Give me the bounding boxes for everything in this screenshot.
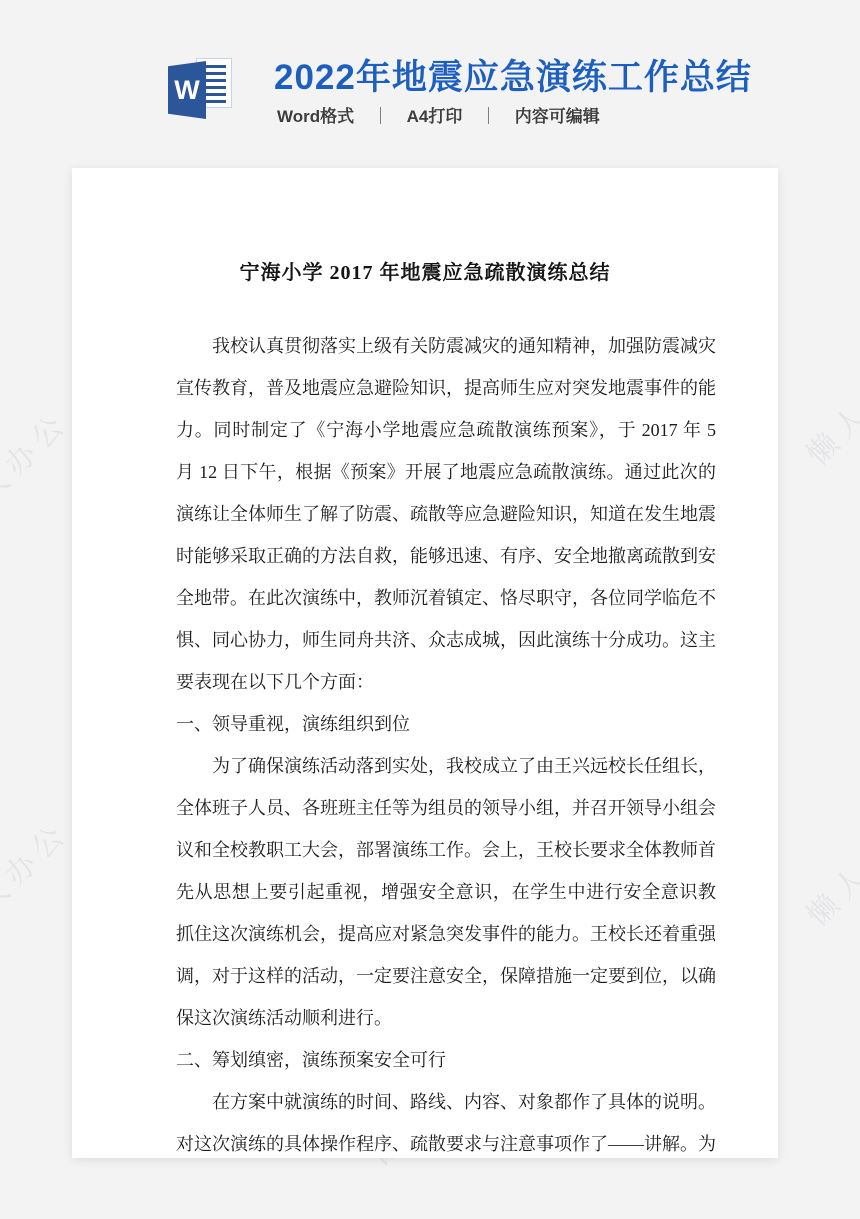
doc-line: 要表现在以下几个方面： <box>176 661 716 703</box>
word-icon-letter: W <box>168 61 206 119</box>
subtitle-separator: ｜ <box>372 107 389 126</box>
doc-line: 惧、同心协力，师生同舟共济、众志成城，因此演练十分成功。这主 <box>176 619 716 661</box>
doc-line: 时能够采取正确的方法自救，能够迅速、有序、安全地撤离疏散到安 <box>176 535 716 577</box>
doc-line: 一、领导重视，演练组织到位 <box>176 703 716 745</box>
subtitle-print: A4打印 <box>407 107 463 126</box>
subtitle-editable: 内容可编辑 <box>515 107 600 126</box>
doc-line: 议和全校教职工大会，部署演练工作。会上，王校长要求全体教师首 <box>176 829 716 871</box>
doc-line: 宣传教育，普及地震应急避险知识，提高师生应对突发地震事件的能 <box>176 367 716 409</box>
doc-line: 我校认真贯彻落实上级有关防震减灾的通知精神，加强防震减灾 <box>176 325 716 367</box>
doc-line: 在方案中就演练的时间、路线、内容、对象都作了具体的说明。 <box>176 1081 716 1123</box>
page-subtitle: Word格式 ｜ A4打印 ｜ 内容可编辑 <box>277 102 600 127</box>
doc-line: 月 12 日下午，根据《预案》开展了地震应急疏散演练。通过此次的 <box>176 451 716 493</box>
doc-body: 我校认真贯彻落实上级有关防震减灾的通知精神，加强防震减灾宣传教育，普及地震应急避… <box>176 325 716 1165</box>
doc-line: 保这次演练活动顺利进行。 <box>176 997 716 1039</box>
word-icon: W <box>168 56 234 118</box>
page-title: 2022年地震应急演练工作总结 <box>274 50 752 100</box>
doc-line: 全体班子人员、各班班主任等为组员的领导小组，并召开领导小组会 <box>176 787 716 829</box>
watermark: 懒人办公 <box>0 399 77 538</box>
document-title: 宁海小学 2017 年地震应急疏散演练总结 <box>72 256 778 285</box>
doc-line: 二、筹划缜密，演练预案安全可行 <box>176 1039 716 1081</box>
document-page: 宁海小学 2017 年地震应急疏散演练总结 我校认真贯彻落实上级有关防震减灾的通… <box>72 168 778 1158</box>
watermark: 懒人办公 <box>0 809 77 948</box>
watermark: 懒人办公 <box>795 796 860 935</box>
doc-line: 先从思想上要引起重视，增强安全意识，在学生中进行安全意识教育， <box>176 871 716 913</box>
subtitle-separator: ｜ <box>480 107 497 126</box>
doc-line: 为了确保演练活动落到实处，我校成立了由王兴远校长任组长， <box>176 745 716 787</box>
doc-line: 演练让全体师生了解了防震、疏散等应急避险知识，知道在发生地震 <box>176 493 716 535</box>
doc-line: 抓住这次演练机会，提高应对紧急突发事件的能力。王校长还着重强 <box>176 913 716 955</box>
watermark: 懒人办公 <box>795 335 860 474</box>
doc-line: 对这次演练的具体操作程序、疏散要求与注意事项作了——讲解。为 <box>176 1123 716 1165</box>
page-root: 懒人办公 懒人办公 懒人办公 懒人办公 懒人办公 懒人办公 W 2022年地震应… <box>0 0 860 1219</box>
doc-line: 全地带。在此次演练中，教师沉着镇定、恪尽职守，各位同学临危不 <box>176 577 716 619</box>
doc-line: 力。同时制定了《宁海小学地震应急疏散演练预案》，于 2017 年 5 <box>176 409 716 451</box>
doc-line: 调，对于这样的活动，一定要注意安全，保障措施一定要到位，以确 <box>176 955 716 997</box>
subtitle-format: Word格式 <box>277 107 354 126</box>
